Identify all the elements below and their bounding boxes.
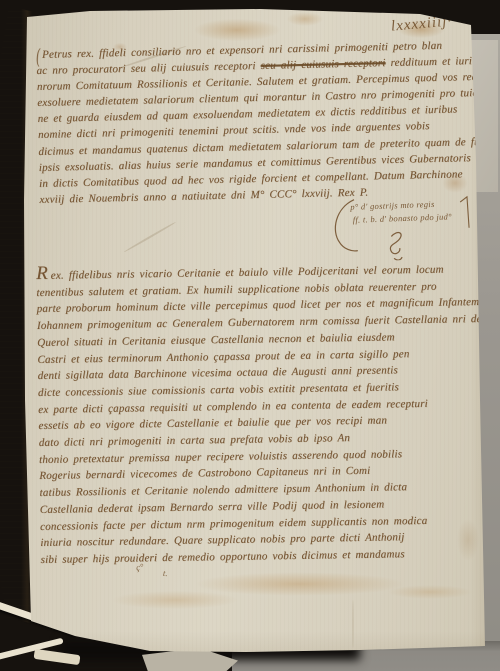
manuscript-segment-initial: R	[36, 263, 51, 284]
manuscript-segment: sibi super hijs prouideri de remedio opp…	[41, 548, 405, 566]
manuscript-photo: lxxxxiiij· (Petrus rex. ffideli consilia…	[0, 0, 500, 671]
manuscript-segment-flourish-open: (	[36, 42, 43, 73]
parchment-crease	[124, 221, 177, 253]
notary-flourish-icon	[390, 232, 402, 260]
chancery-subscription-note: p° d' gostrijs mto regis ff. t. b. d' bo…	[328, 191, 480, 262]
paragraph-royal-letter-2: Rex. ffidelibus nris vicario Ceritanie e…	[36, 259, 481, 569]
margin-mark: t.	[163, 568, 168, 578]
margin-mark: ç°	[135, 562, 144, 573]
paragraph-royal-letter-1: (Petrus rex. ffideli consiliario nro et …	[36, 37, 474, 208]
manuscript-segment: dato dicti nri primogeniti in carta sua …	[39, 432, 350, 449]
manuscript-segment: reddituum et iurium	[385, 55, 486, 69]
manuscript-segment-struck: seu alij cuiusuis receptori	[260, 57, 385, 72]
manuscript-segment: Querol situati in Ceritania eiusque Cast…	[37, 331, 395, 349]
folio-number: lxxxxiiij·	[390, 13, 452, 35]
parchment-crease	[352, 600, 354, 648]
manuscript-segment: Castellania dederat ipsam Bernardo serra…	[40, 498, 385, 515]
parchment-page: lxxxxiiij· (Petrus rex. ffideli consilia…	[0, 0, 500, 671]
